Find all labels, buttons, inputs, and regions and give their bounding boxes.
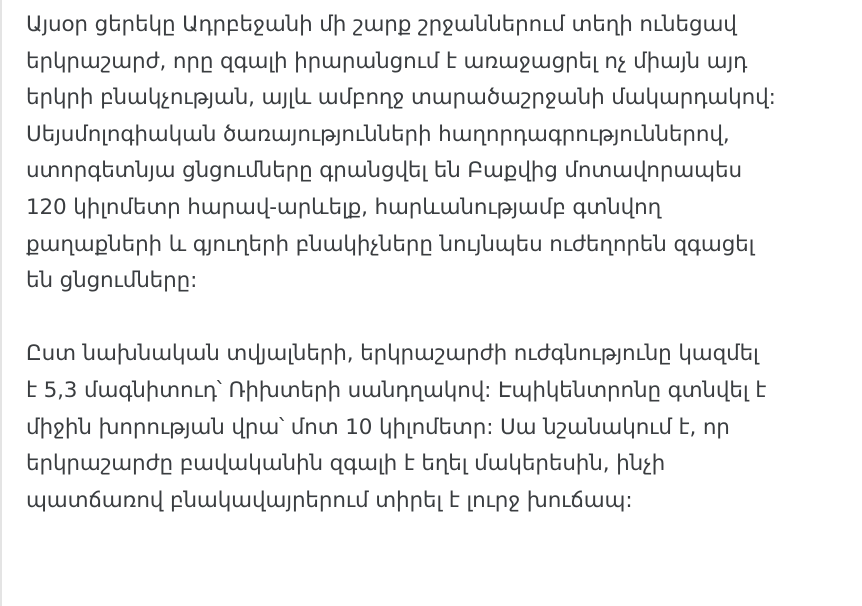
text-line: ստորգետնյա ցնցումները գրանցվել են Բաքվից… <box>26 153 852 190</box>
paragraph-earthquake-report: Այսօր ցերեկը Ադրբեջանի մի շարք շրջաններո… <box>26 7 852 300</box>
text-line: 120 կիլոմետր հարավ-արևելք, հարևանությամբ… <box>26 190 852 227</box>
text-line: երկրաշարժը բավականին զգալի է եղել մակերե… <box>26 446 852 483</box>
text-line: Սեյսմոլոգիական ծառայությունների հաղորդագ… <box>26 117 852 154</box>
paragraph-magnitude-details: Ըստ նախնական տվյալների, երկրաշարժի ուժգն… <box>26 336 852 519</box>
text-line: են ցնցումները: <box>26 263 852 300</box>
text-line: երկրաշարժ, որը զգալի իրարանցում է առաջաց… <box>26 44 852 81</box>
text-line: է 5,3 մագնիտուդ՝ Ռիխտերի սանդղակով: Էպիկ… <box>26 373 852 410</box>
text-line: միջին խորության վրա՝ մոտ 10 կիլոմետր: Սա… <box>26 410 852 447</box>
text-line: Այսօր ցերեկը Ադրբեջանի մի շարք շրջաններո… <box>26 7 852 44</box>
text-line: պատճառով բնակավայրերում տիրել է լուրջ խո… <box>26 483 852 520</box>
text-line: երկրի բնակչության, այլև ամբողջ տարածաշրջ… <box>26 80 852 117</box>
text-line: Ըստ նախնական տվյալների, երկրաշարժի ուժգն… <box>26 336 852 373</box>
text-line: քաղաքների և գյուղերի բնակիչները նույնպես… <box>26 227 852 264</box>
article-body: Այսօր ցերեկը Ադրբեջանի մի շարք շրջաններո… <box>0 0 862 606</box>
